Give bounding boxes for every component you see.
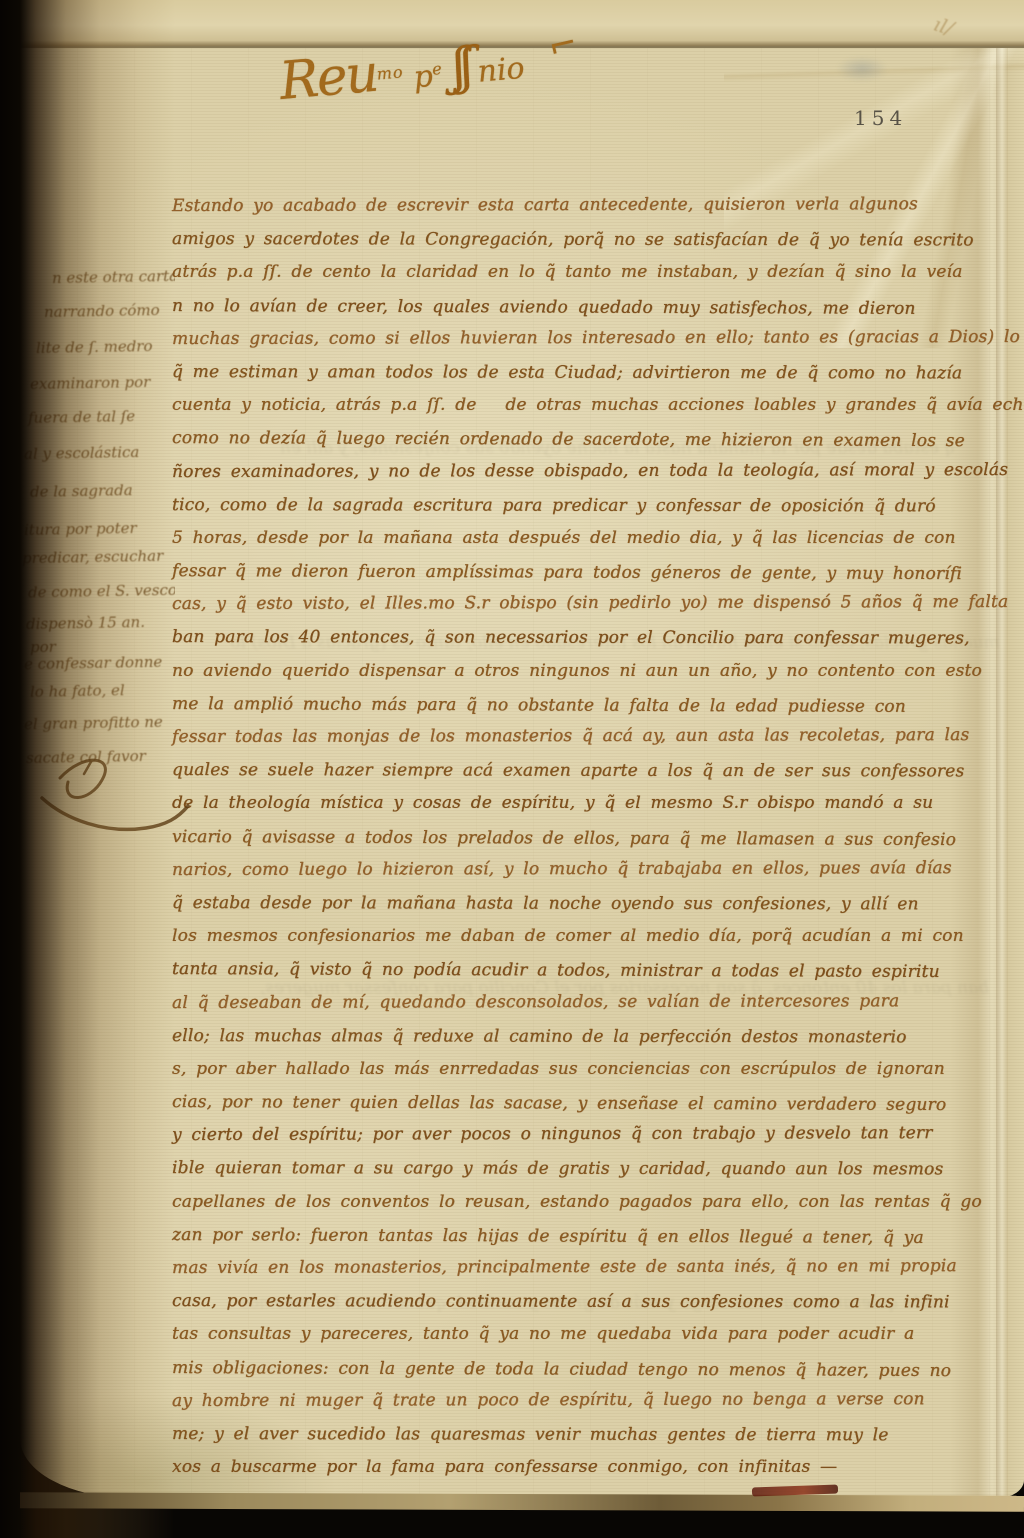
manuscript-text-line: narios, como luego lo hizieron así, y lo… xyxy=(172,852,1024,887)
salutation-word: Reu xyxy=(277,44,379,112)
letter-body: Estando yo acabado de escrevir esta cart… xyxy=(172,190,1024,1484)
manuscript-text-line: ñores examinadores, y no de los desse ob… xyxy=(172,453,1024,488)
margin-note-fragment: por xyxy=(30,638,56,656)
manuscript-text-line: casa, por estarles acudiendo continuamen… xyxy=(172,1285,1024,1320)
manuscript-text-line: cas, y q̃ esto visto, el Illes.mo S.r ob… xyxy=(172,586,1024,621)
manuscript-text-line: capellanes de los conventos lo reusan, e… xyxy=(172,1186,1024,1219)
margin-note-fragment: lo ha fato, el xyxy=(30,681,125,701)
margin-note-fragment: de la sagrada xyxy=(30,481,133,501)
margin-note-fragment: itura por poter xyxy=(24,519,137,539)
manuscript-text-line: tas consultas y pareceres, tanto q̃ ya n… xyxy=(172,1318,1024,1351)
salutation-flourish-letters: ʃʃ xyxy=(440,37,470,97)
margin-flourish-rubric xyxy=(26,748,196,848)
manuscript-text-line: Estando yo acabado de escrevir esta cart… xyxy=(172,188,1024,223)
manuscript-text-line: tico, como de la sagrada escritura para … xyxy=(172,489,1024,524)
manuscript-text-line: y cierto del espíritu; por aver pocos o … xyxy=(172,1117,1024,1152)
salutation-swash-stroke: ⌐ xyxy=(545,26,580,66)
margin-note-fragment: de como el S. vescovo xyxy=(28,581,175,602)
manuscript-text-line: ello; las muchas almas q̃ reduxe al cami… xyxy=(172,1020,1024,1055)
manuscript-text-line: ible quieran tomar a su cargo y más de g… xyxy=(172,1152,1024,1187)
page-bottom-edge xyxy=(20,1492,1024,1512)
manuscript-text-line: no aviendo querido dispensar a otros nin… xyxy=(172,655,1024,688)
manuscript-text-line: xos a buscarme por la fama para confessa… xyxy=(172,1451,1024,1484)
manuscript-text-line: atrás p.a ſſ. de cento la claridad en lo… xyxy=(172,256,1024,289)
margin-note-fragment: al y escolástica xyxy=(24,443,140,463)
margin-note-fragment: predicar, escuchar xyxy=(22,547,164,567)
manuscript-text-line: ban para los 40 entonces, q̃ son necessa… xyxy=(172,621,1024,656)
margin-note-fragment: lite de ſ. medro xyxy=(36,337,153,357)
margin-note-fragment: examinaron por xyxy=(30,373,151,393)
ink-show-through-smudge xyxy=(836,56,888,82)
manuscript-text-line: ay hombre ni muger q̃ trate un poco de e… xyxy=(172,1383,1024,1418)
manuscript-text-line: cuenta y noticia, atrás p.a ſſ. de de ot… xyxy=(172,389,1024,422)
manuscript-text-line: q̃ me estiman y aman todos los de esta C… xyxy=(172,356,1024,391)
manuscript-text-line: al q̃ deseaban de mí, quedando desconsol… xyxy=(172,984,1024,1019)
margin-note-fragment: narrando cómo xyxy=(44,301,160,321)
margin-note-fragment: fuera de tal ſe xyxy=(28,407,135,427)
manuscript-text-line: de la theología mística y cosas de espír… xyxy=(172,787,1024,820)
manuscript-text-line: s, por aber hallado las más enrredadas s… xyxy=(172,1053,1024,1086)
manuscript-text-line: quales se suele hazer siempre acá examen… xyxy=(172,754,1024,789)
folio-number-stamp: 154 xyxy=(854,106,907,130)
margin-note-fragment: n este otra carta xyxy=(52,267,175,287)
manuscript-text-line: 5 horas, desde por la mañana asta despué… xyxy=(172,522,1024,555)
manuscript-text-line: los mesmos confesionarios me daban de co… xyxy=(172,920,1024,953)
manuscript-text-line: mas vivía en los monasterios, principalm… xyxy=(172,1250,1024,1285)
salutation-word: p xyxy=(403,59,435,96)
manuscript-text-line: amigos y sacerdotes de la Congregación, … xyxy=(172,223,1024,258)
manuscript-text-line: q̃ estaba desde por la mañana hasta la n… xyxy=(172,887,1024,922)
manuscript-text-line: muchas gracias, como si ellos huvieran l… xyxy=(172,321,1024,356)
margin-note-fragment: e confessar donne xyxy=(24,653,163,673)
margin-note-fragment: dispensò 15 an. xyxy=(26,613,145,633)
margin-note-fragment: el gran profitto ne xyxy=(24,713,163,733)
manuscript-text-line: me; y el aver sucedido las quaresmas ven… xyxy=(172,1418,1024,1453)
salutation-word: nio xyxy=(467,51,526,91)
manuscript-text-line: fessar todas las monjas de los monasteri… xyxy=(172,719,1024,754)
salutation-superscript: mo xyxy=(376,62,404,83)
manuscript-scan: Reumo pe ʃʃ nio⌐ 154 Estando yo acabado … xyxy=(0,0,1024,1538)
